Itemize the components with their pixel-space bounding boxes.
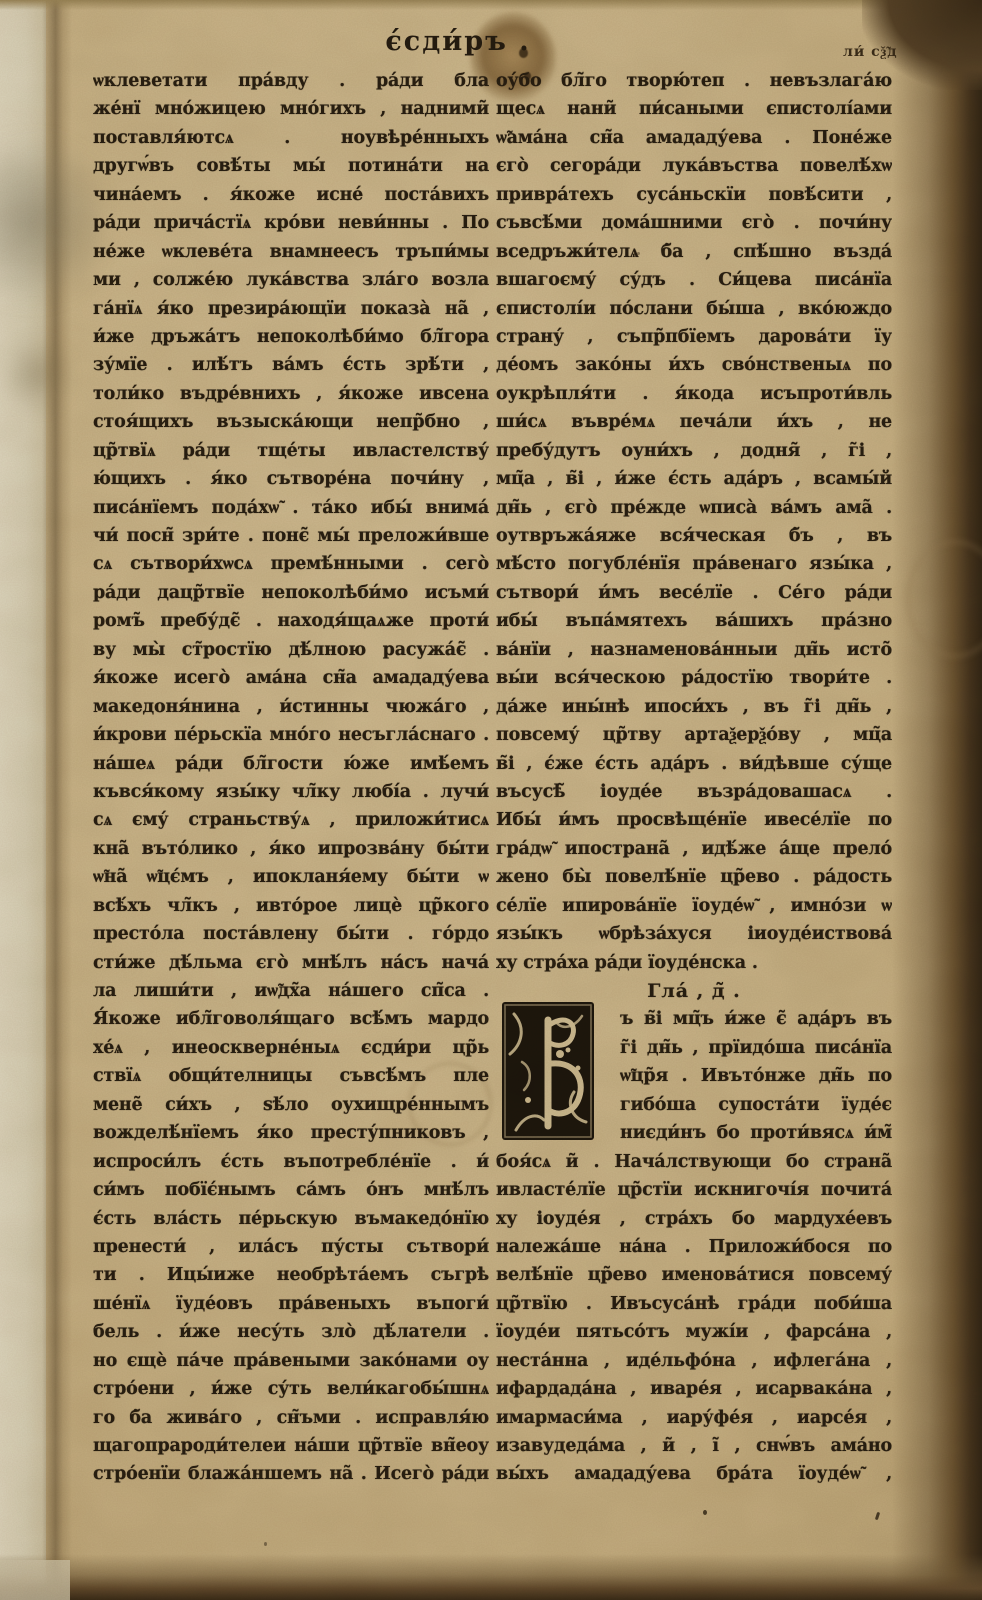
book-page-scan: є́сди́ръ . ли́ сѯ̃д ѡклеветати пра́вду .… <box>0 0 982 1600</box>
paper-mottle-texture <box>0 0 982 1600</box>
